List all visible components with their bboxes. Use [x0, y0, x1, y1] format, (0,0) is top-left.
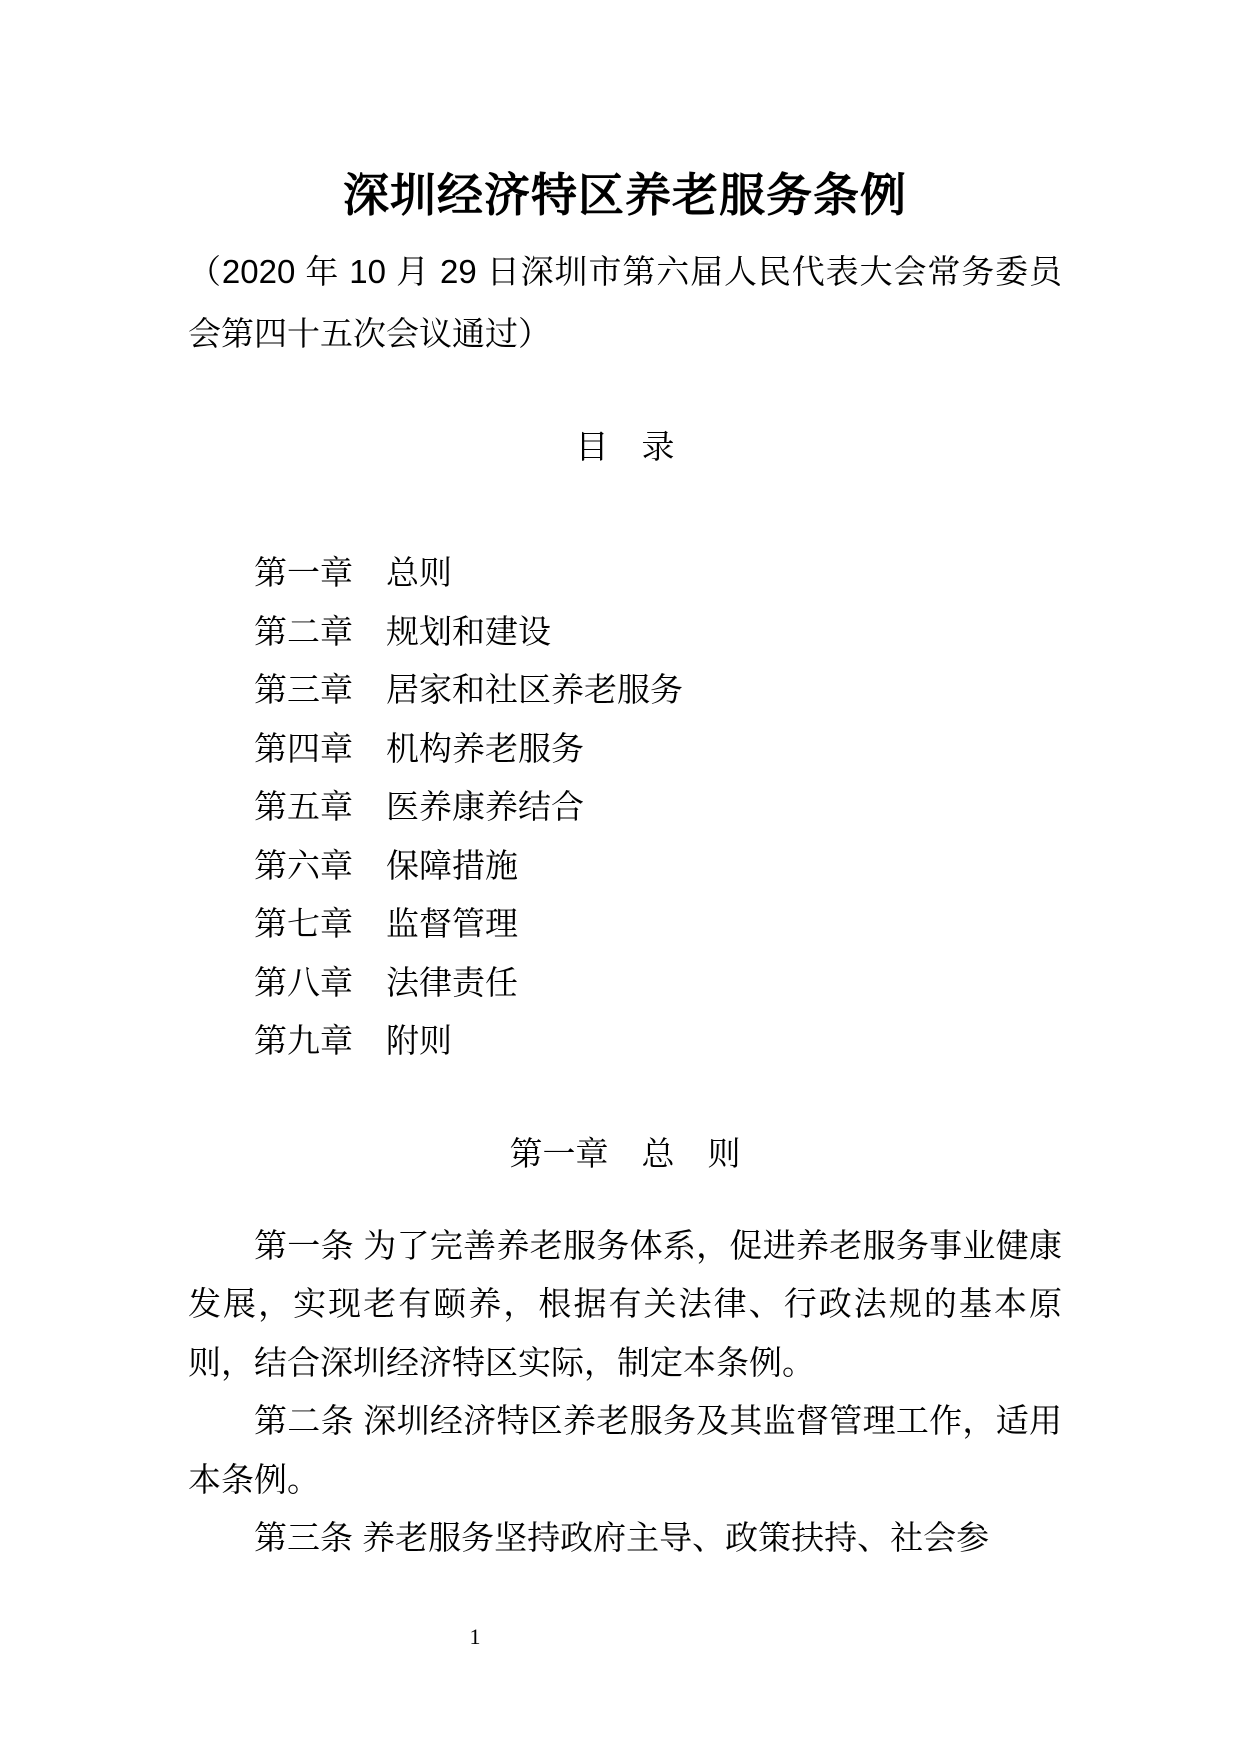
- toc-chapter-title: 法律责任: [386, 964, 518, 1001]
- toc-chapter-label: 第三章: [254, 671, 353, 708]
- toc-chapter-title: 规划和建设: [386, 613, 551, 650]
- toc-chapter-label: 第九章: [254, 1022, 353, 1059]
- toc-heading: 目 录: [188, 418, 1062, 476]
- chapter-1-heading: 第一章 总 则: [188, 1125, 1062, 1183]
- toc-chapter-label: 第一章: [254, 554, 353, 591]
- page-number: 1: [455, 1624, 495, 1650]
- toc-chapter-title: 医养康养结合: [386, 788, 584, 825]
- article-1-paragraph: 第一条 为了完善养老服务体系，促进养老服务事业健康发展，实现老有颐养，根据有关法…: [188, 1217, 1062, 1393]
- toc-chapter-label: 第八章: [254, 964, 353, 1001]
- toc-item: 第七章监督管理: [254, 895, 1062, 954]
- page-content: 深圳经济特区养老服务条例 （2020 年 10 月 29 日深圳市第六届人民代表…: [188, 0, 1062, 1568]
- toc-chapter-title: 附则: [386, 1022, 452, 1059]
- toc-item: 第三章居家和社区养老服务: [254, 661, 1062, 720]
- toc-chapter-title: 保障措施: [386, 847, 518, 884]
- toc-chapter-label: 第四章: [254, 730, 353, 767]
- toc-item: 第九章附则: [254, 1012, 1062, 1071]
- toc-item: 第四章机构养老服务: [254, 720, 1062, 779]
- toc-item: 第二章规划和建设: [254, 603, 1062, 662]
- document-title: 深圳经济特区养老服务条例: [188, 162, 1062, 228]
- document-subtitle: （2020 年 10 月 29 日深圳市第六届人民代表大会常务委员会第四十五次会…: [188, 241, 1062, 365]
- toc-item: 第一章总则: [254, 544, 1062, 603]
- toc-item: 第八章法律责任: [254, 954, 1062, 1013]
- toc-item: 第六章保障措施: [254, 837, 1062, 896]
- toc-chapter-label: 第二章: [254, 613, 353, 650]
- article-3-paragraph: 第三条 养老服务坚持政府主导、政策扶持、社会参: [188, 1509, 1062, 1568]
- toc-list: 第一章总则 第二章规划和建设 第三章居家和社区养老服务 第四章机构养老服务 第五…: [188, 544, 1062, 1071]
- toc-chapter-label: 第七章: [254, 905, 353, 942]
- document-page: 深圳经济特区养老服务条例 （2020 年 10 月 29 日深圳市第六届人民代表…: [0, 0, 1240, 1754]
- toc-chapter-label: 第六章: [254, 847, 353, 884]
- toc-chapter-label: 第五章: [254, 788, 353, 825]
- toc-chapter-title: 监督管理: [386, 905, 518, 942]
- article-2-paragraph: 第二条 深圳经济特区养老服务及其监督管理工作，适用本条例。: [188, 1392, 1062, 1509]
- toc-item: 第五章医养康养结合: [254, 778, 1062, 837]
- toc-chapter-title: 机构养老服务: [386, 730, 584, 767]
- toc-chapter-title: 居家和社区养老服务: [386, 671, 683, 708]
- toc-chapter-title: 总则: [386, 554, 452, 591]
